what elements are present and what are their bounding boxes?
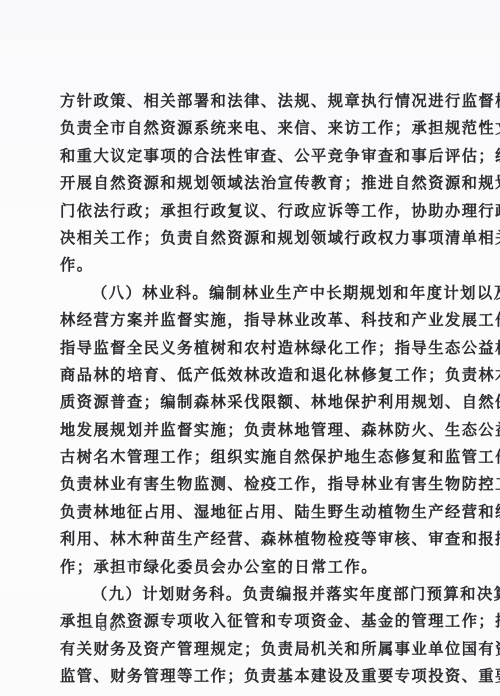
text-line: 开展自然资源和规划领域法治宣传教育；推进自然资源和规划部 <box>60 170 438 197</box>
text-line: 古树名木管理工作；组织实施自然保护地生态修复和监管工作； <box>60 444 438 471</box>
text-line: 有关财务及资产管理规定；负责局机关和所属事业单位国有资产 <box>60 636 438 663</box>
text-line: 方针政策、相关部署和法律、法规、规章执行情况进行监督检查； <box>60 88 438 115</box>
document-page: 方针政策、相关部署和法律、法规、规章执行情况进行监督检查； 负责全市自然资源系统… <box>0 0 500 696</box>
text-line: 指导监督全民义务植树和农村造林绿化工作；指导生态公益林、 <box>60 335 438 362</box>
section-heading-planning-finance: （九）计划财务科。负责编报并落实年度部门预算和决算； <box>60 581 438 608</box>
text-line: 和重大议定事项的合法性审查、公平竞争审查和事后评估；组织 <box>60 143 438 170</box>
section-heading-forestry: （八）林业科。编制林业生产中长期规划和年度计划以及森 <box>60 280 438 307</box>
text-line: 决相关工作；负责自然资源和规划领域行政权力事项清单相关工 <box>60 225 438 252</box>
dash-left <box>82 627 93 628</box>
text-line: 林经营方案并监督实施，指导林业改革、科技和产业发展工作； <box>60 307 438 334</box>
text-line: 利用、林木种苗生产经营、森林植物检疫等审核、审查和报批工 <box>60 526 438 553</box>
text-line: 地发展规划并监督实施；负责林地管理、森林防火、生态公益林、 <box>60 417 438 444</box>
text-line: 质资源普查；编制森林采伐限额、林地保护利用规划、自然保护 <box>60 389 438 416</box>
text-line: 负责林地征占用、湿地征占用、陆生野生动植物生产经营和综合 <box>60 499 438 526</box>
page-number-value: 80 <box>99 620 120 635</box>
text-line: 商品林的培育、低产低效林改造和退化林修复工作；负责林木种 <box>60 362 438 389</box>
text-line: 门依法行政；承担行政复议、行政应诉等工作，协助办理行政裁 <box>60 198 438 225</box>
body-text: 方针政策、相关部署和法律、法规、规章执行情况进行监督检查； 负责全市自然资源系统… <box>60 88 438 691</box>
text-line: 作。 <box>60 252 438 279</box>
text-line: 负责林业有害生物监测、检疫工作，指导林业有害生物防控工作； <box>60 471 438 498</box>
text-line: 监管、财务管理等工作；负责基本建设及重要专项投资、重要装 <box>60 663 438 690</box>
text-line: 负责全市自然资源系统来电、来信、来访工作；承担规范性文件 <box>60 115 438 142</box>
text-line: 作；承担市绿化委员会办公室的日常工作。 <box>60 554 438 581</box>
page-number: 80 <box>76 620 143 635</box>
dash-right <box>126 627 137 628</box>
